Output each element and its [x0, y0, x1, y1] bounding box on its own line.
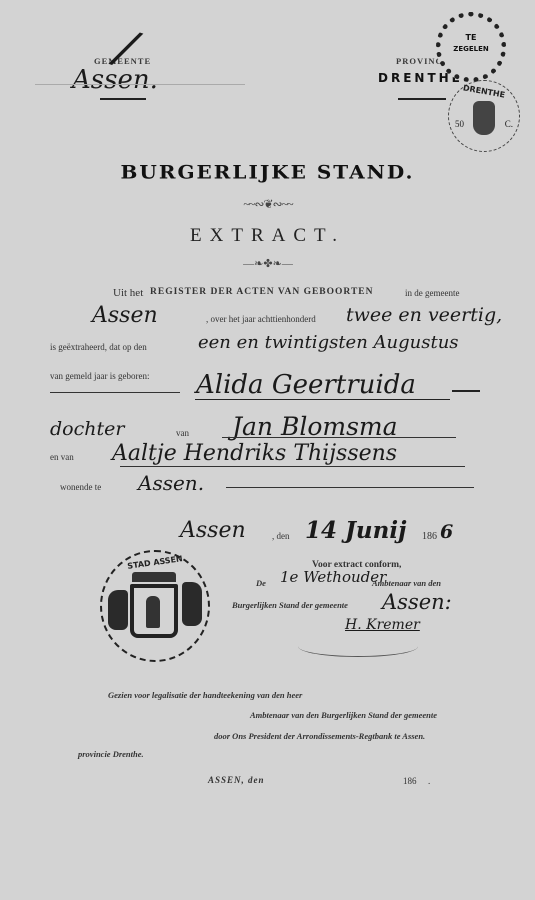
- child-name-underline: [195, 399, 450, 400]
- tax-stamp-drenthe: DRENTHE 50 C.: [448, 80, 520, 152]
- line1-suffix: in de gemeente: [405, 288, 459, 298]
- child-name-trailing-rule: [452, 390, 480, 392]
- ambtenaar-label: Ambtenaar van den: [372, 578, 441, 588]
- birth-date-text: een en twintigsten Augustus: [198, 332, 459, 353]
- issue-year-hand: 6: [440, 521, 453, 543]
- register-municipality: Assen: [92, 303, 158, 328]
- line4-prefix: van gemeld jaar is geboren:: [50, 371, 149, 381]
- official-signature: H. Kremer: [345, 617, 420, 633]
- register-type: REGISTER DER ACTEN VAN GEBOORTEN: [150, 287, 373, 297]
- residence-place: Assen.: [138, 471, 204, 495]
- gemeente-value: Assen.: [72, 65, 158, 95]
- den-label: , den: [272, 531, 290, 541]
- legalisation-year-dot: .: [428, 776, 430, 786]
- tax-stamp-zegelen: ZEGELEN: [441, 45, 501, 53]
- document-title: BURGERLIJKE STAND.: [0, 161, 535, 184]
- document-subtitle: EXTRACT.: [0, 225, 535, 247]
- legalisation-year: 186: [403, 776, 417, 786]
- issue-day-month: 14 Junij: [305, 517, 406, 544]
- birth-year-text: twee en veertig,: [346, 304, 502, 326]
- crown-shield-icon: [473, 101, 495, 135]
- certifying-municipality: Assen:: [382, 590, 452, 614]
- official-title-hand: 1e Wethouder: [280, 568, 386, 586]
- legalisation-line1: Gezien voor legalisatie der handteekenin…: [108, 690, 302, 700]
- name-leading-rule: [50, 392, 180, 393]
- en-van-label: en van: [50, 452, 74, 462]
- tax-stamp-wreath: TE ZEGELEN: [436, 12, 506, 82]
- relation-text: dochter: [50, 418, 124, 440]
- issue-place: Assen: [180, 518, 246, 543]
- gemeente-rule: [100, 98, 146, 100]
- lion-supporter-left-icon: [108, 590, 128, 630]
- line2-mid: , over het jaar achttienhonderd: [206, 314, 316, 324]
- father-underline: [222, 437, 456, 438]
- burgerlijke-stand-label: Burgerlijken Stand der gemeente: [232, 600, 348, 610]
- city-seal: STAD ASSEN: [100, 550, 210, 662]
- legalisation-line2: Ambtenaar van den Burgerlijken Stand der…: [250, 710, 437, 720]
- signature-flourish-icon: [298, 636, 418, 657]
- issue-year-printed: 186: [422, 531, 437, 542]
- flourish-divider-icon: ~~∾❦∾~~: [230, 197, 306, 212]
- coat-of-arms-icon: [130, 584, 178, 638]
- lion-supporter-right-icon: [182, 582, 202, 626]
- residence-underline: [226, 487, 474, 488]
- tax-stamp-te: TE: [441, 33, 501, 42]
- gemeente-underline: [35, 84, 245, 85]
- legalisation-place-date: ASSEN, den: [208, 775, 265, 785]
- de-label: De: [256, 578, 266, 588]
- tax-stamp-arc-text: DRENTHE: [449, 81, 519, 102]
- line1-prefix: Uit het: [113, 285, 143, 300]
- tax-stamp-unit: C.: [505, 119, 513, 129]
- ornament-divider-icon: —❧✤❧—: [230, 257, 306, 270]
- line3-prefix: is geëxtraheerd, dat op den: [50, 342, 147, 352]
- wonende-label: wonende te: [60, 482, 101, 492]
- van-label: van: [176, 428, 189, 438]
- mother-name: Aaltje Hendriks Thijssens: [112, 441, 397, 466]
- city-seal-text: STAD ASSEN: [112, 552, 198, 573]
- tax-stamp-value: 50: [455, 119, 464, 129]
- mother-underline: [120, 466, 465, 467]
- legalisation-line4: provincie Drenthe.: [78, 749, 144, 759]
- crown-icon: [132, 572, 176, 582]
- child-name: Alida Geertruida: [196, 370, 416, 400]
- provincie-rule: [398, 98, 446, 100]
- legalisation-line3: door Ons President der Arrondissements-R…: [214, 731, 425, 741]
